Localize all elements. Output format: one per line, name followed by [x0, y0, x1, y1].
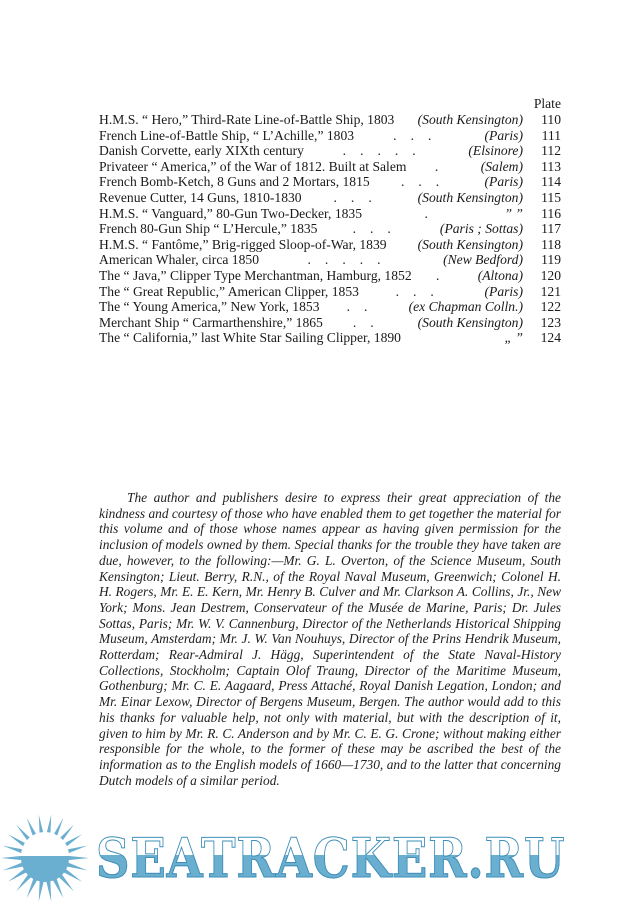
- plate-row: French Line-of-Battle Ship, “ L’Achille,…: [99, 128, 561, 144]
- plate-number: 117: [523, 221, 561, 237]
- plate-number: 113: [523, 159, 561, 175]
- plate-location: (South Kensington): [418, 237, 523, 253]
- plate-title: The “ Great Republic,” American Clipper,…: [99, 284, 359, 300]
- plate-location: ” ”: [504, 206, 523, 222]
- plate-row: American Whaler, circa 1850.....(New Bed…: [99, 252, 561, 268]
- leader-dots: ..: [320, 299, 409, 315]
- plate-row: The “ Young America,” New York, 1853..(e…: [99, 299, 561, 315]
- plate-location: (Paris ; Sottas): [440, 221, 523, 237]
- leader-dots: ...: [302, 190, 418, 206]
- plate-number: 121: [523, 284, 561, 300]
- plate-number: 116: [523, 206, 561, 222]
- plate-title: French 80-Gun Ship “ L’Hercule,” 1835: [99, 221, 317, 237]
- plate-title: H.M.S. “ Vanguard,” 80-Gun Two-Decker, 1…: [99, 206, 362, 222]
- leader-dots: .: [362, 206, 504, 222]
- plate-row: Danish Corvette, early XIXth century....…: [99, 143, 561, 159]
- plate-number: 122: [523, 299, 561, 315]
- plate-row: French 80-Gun Ship “ L’Hercule,” 1835...…: [99, 221, 561, 237]
- plate-location: (Paris): [484, 174, 523, 190]
- plate-row: H.M.S. “ Vanguard,” 80-Gun Two-Decker, 1…: [99, 206, 561, 222]
- plate-row: Merchant Ship “ Carmarthenshire,” 1865..…: [99, 315, 561, 331]
- watermark-text: SEATRACKER.RU: [96, 828, 565, 888]
- plate-location: (Paris): [484, 128, 523, 144]
- plate-number: 123: [523, 315, 561, 331]
- plate-title: H.M.S. “ Hero,” Third-Rate Line-of-Battl…: [99, 112, 394, 128]
- plate-location: (South Kensington): [418, 112, 523, 128]
- plate-title: Merchant Ship “ Carmarthenshire,” 1865: [99, 315, 323, 331]
- acknowledgement-paragraph: The author and publishers desire to expr…: [99, 490, 561, 788]
- plate-list: Plate H.M.S. “ Hero,” Third-Rate Line-of…: [99, 96, 561, 346]
- plate-title: The “ California,” last White Star Saili…: [99, 330, 401, 346]
- plate-title: French Bomb-Ketch, 8 Guns and 2 Mortars,…: [99, 174, 370, 190]
- plate-location: (New Bedford): [443, 252, 523, 268]
- leader-dots: .: [412, 268, 478, 284]
- plate-location: (ex Chapman Colln.): [409, 299, 523, 315]
- plate-number: 119: [523, 252, 561, 268]
- leader-dots: ...: [317, 221, 439, 237]
- plate-number: 110: [523, 112, 561, 128]
- plate-title: Danish Corvette, early XIXth century: [99, 143, 304, 159]
- plate-row: Privateer “ America,” of the War of 1812…: [99, 159, 561, 175]
- plate-rows: H.M.S. “ Hero,” Third-Rate Line-of-Battl…: [99, 112, 561, 346]
- plate-title: French Line-of-Battle Ship, “ L’Achille,…: [99, 128, 354, 144]
- watermark: SEATRACKER.RU: [0, 812, 641, 906]
- leader-dots: .....: [259, 252, 443, 268]
- plate-row: H.M.S. “ Hero,” Third-Rate Line-of-Battl…: [99, 112, 561, 128]
- plate-title: American Whaler, circa 1850: [99, 252, 259, 268]
- plate-title: Revenue Cutter, 14 Guns, 1810-1830: [99, 190, 302, 206]
- plate-location: (Elsinore): [468, 143, 523, 159]
- plate-location: „ ”: [504, 330, 523, 346]
- leader-dots: ...: [354, 128, 484, 144]
- plate-number: 120: [523, 268, 561, 284]
- plate-row: The “ Great Republic,” American Clipper,…: [99, 284, 561, 300]
- plate-location: (Paris): [484, 284, 523, 300]
- plate-title: H.M.S. “ Fantôme,” Brig-rigged Sloop-of-…: [99, 237, 387, 253]
- plate-location: (Altona): [478, 268, 523, 284]
- plate-number: 124: [523, 330, 561, 346]
- leader-dots: [394, 112, 417, 128]
- sun-half-icon: [0, 812, 96, 906]
- plate-row: The “ California,” last White Star Saili…: [99, 330, 561, 346]
- plate-title: Privateer “ America,” of the War of 1812…: [99, 159, 406, 175]
- plate-location: (Salem): [481, 159, 523, 175]
- leader-dots: ...: [359, 284, 485, 300]
- plate-location: (South Kensington): [418, 190, 523, 206]
- plate-row: H.M.S. “ Fantôme,” Brig-rigged Sloop-of-…: [99, 237, 561, 253]
- plate-number: 115: [523, 190, 561, 206]
- leader-dots: .....: [304, 143, 468, 159]
- leader-dots: ..: [323, 315, 418, 331]
- plate-row: Revenue Cutter, 14 Guns, 1810-1830...(So…: [99, 190, 561, 206]
- plate-title: The “ Young America,” New York, 1853: [99, 299, 320, 315]
- acknowledgement-section: The author and publishers desire to expr…: [99, 490, 561, 788]
- plate-number: 114: [523, 174, 561, 190]
- plate-number: 112: [523, 143, 561, 159]
- plate-number: 111: [523, 128, 561, 144]
- leader-dots: [401, 330, 504, 346]
- leader-dots: ...: [370, 174, 485, 190]
- leader-dots: [387, 237, 418, 253]
- plate-number: 118: [523, 237, 561, 253]
- plate-column-header: Plate: [99, 96, 561, 112]
- plate-row: French Bomb-Ketch, 8 Guns and 2 Mortars,…: [99, 174, 561, 190]
- plate-location: (South Kensington): [418, 315, 523, 331]
- plate-row: The “ Java,” Clipper Type Merchantman, H…: [99, 268, 561, 284]
- leader-dots: .: [406, 159, 480, 175]
- plate-title: The “ Java,” Clipper Type Merchantman, H…: [99, 268, 412, 284]
